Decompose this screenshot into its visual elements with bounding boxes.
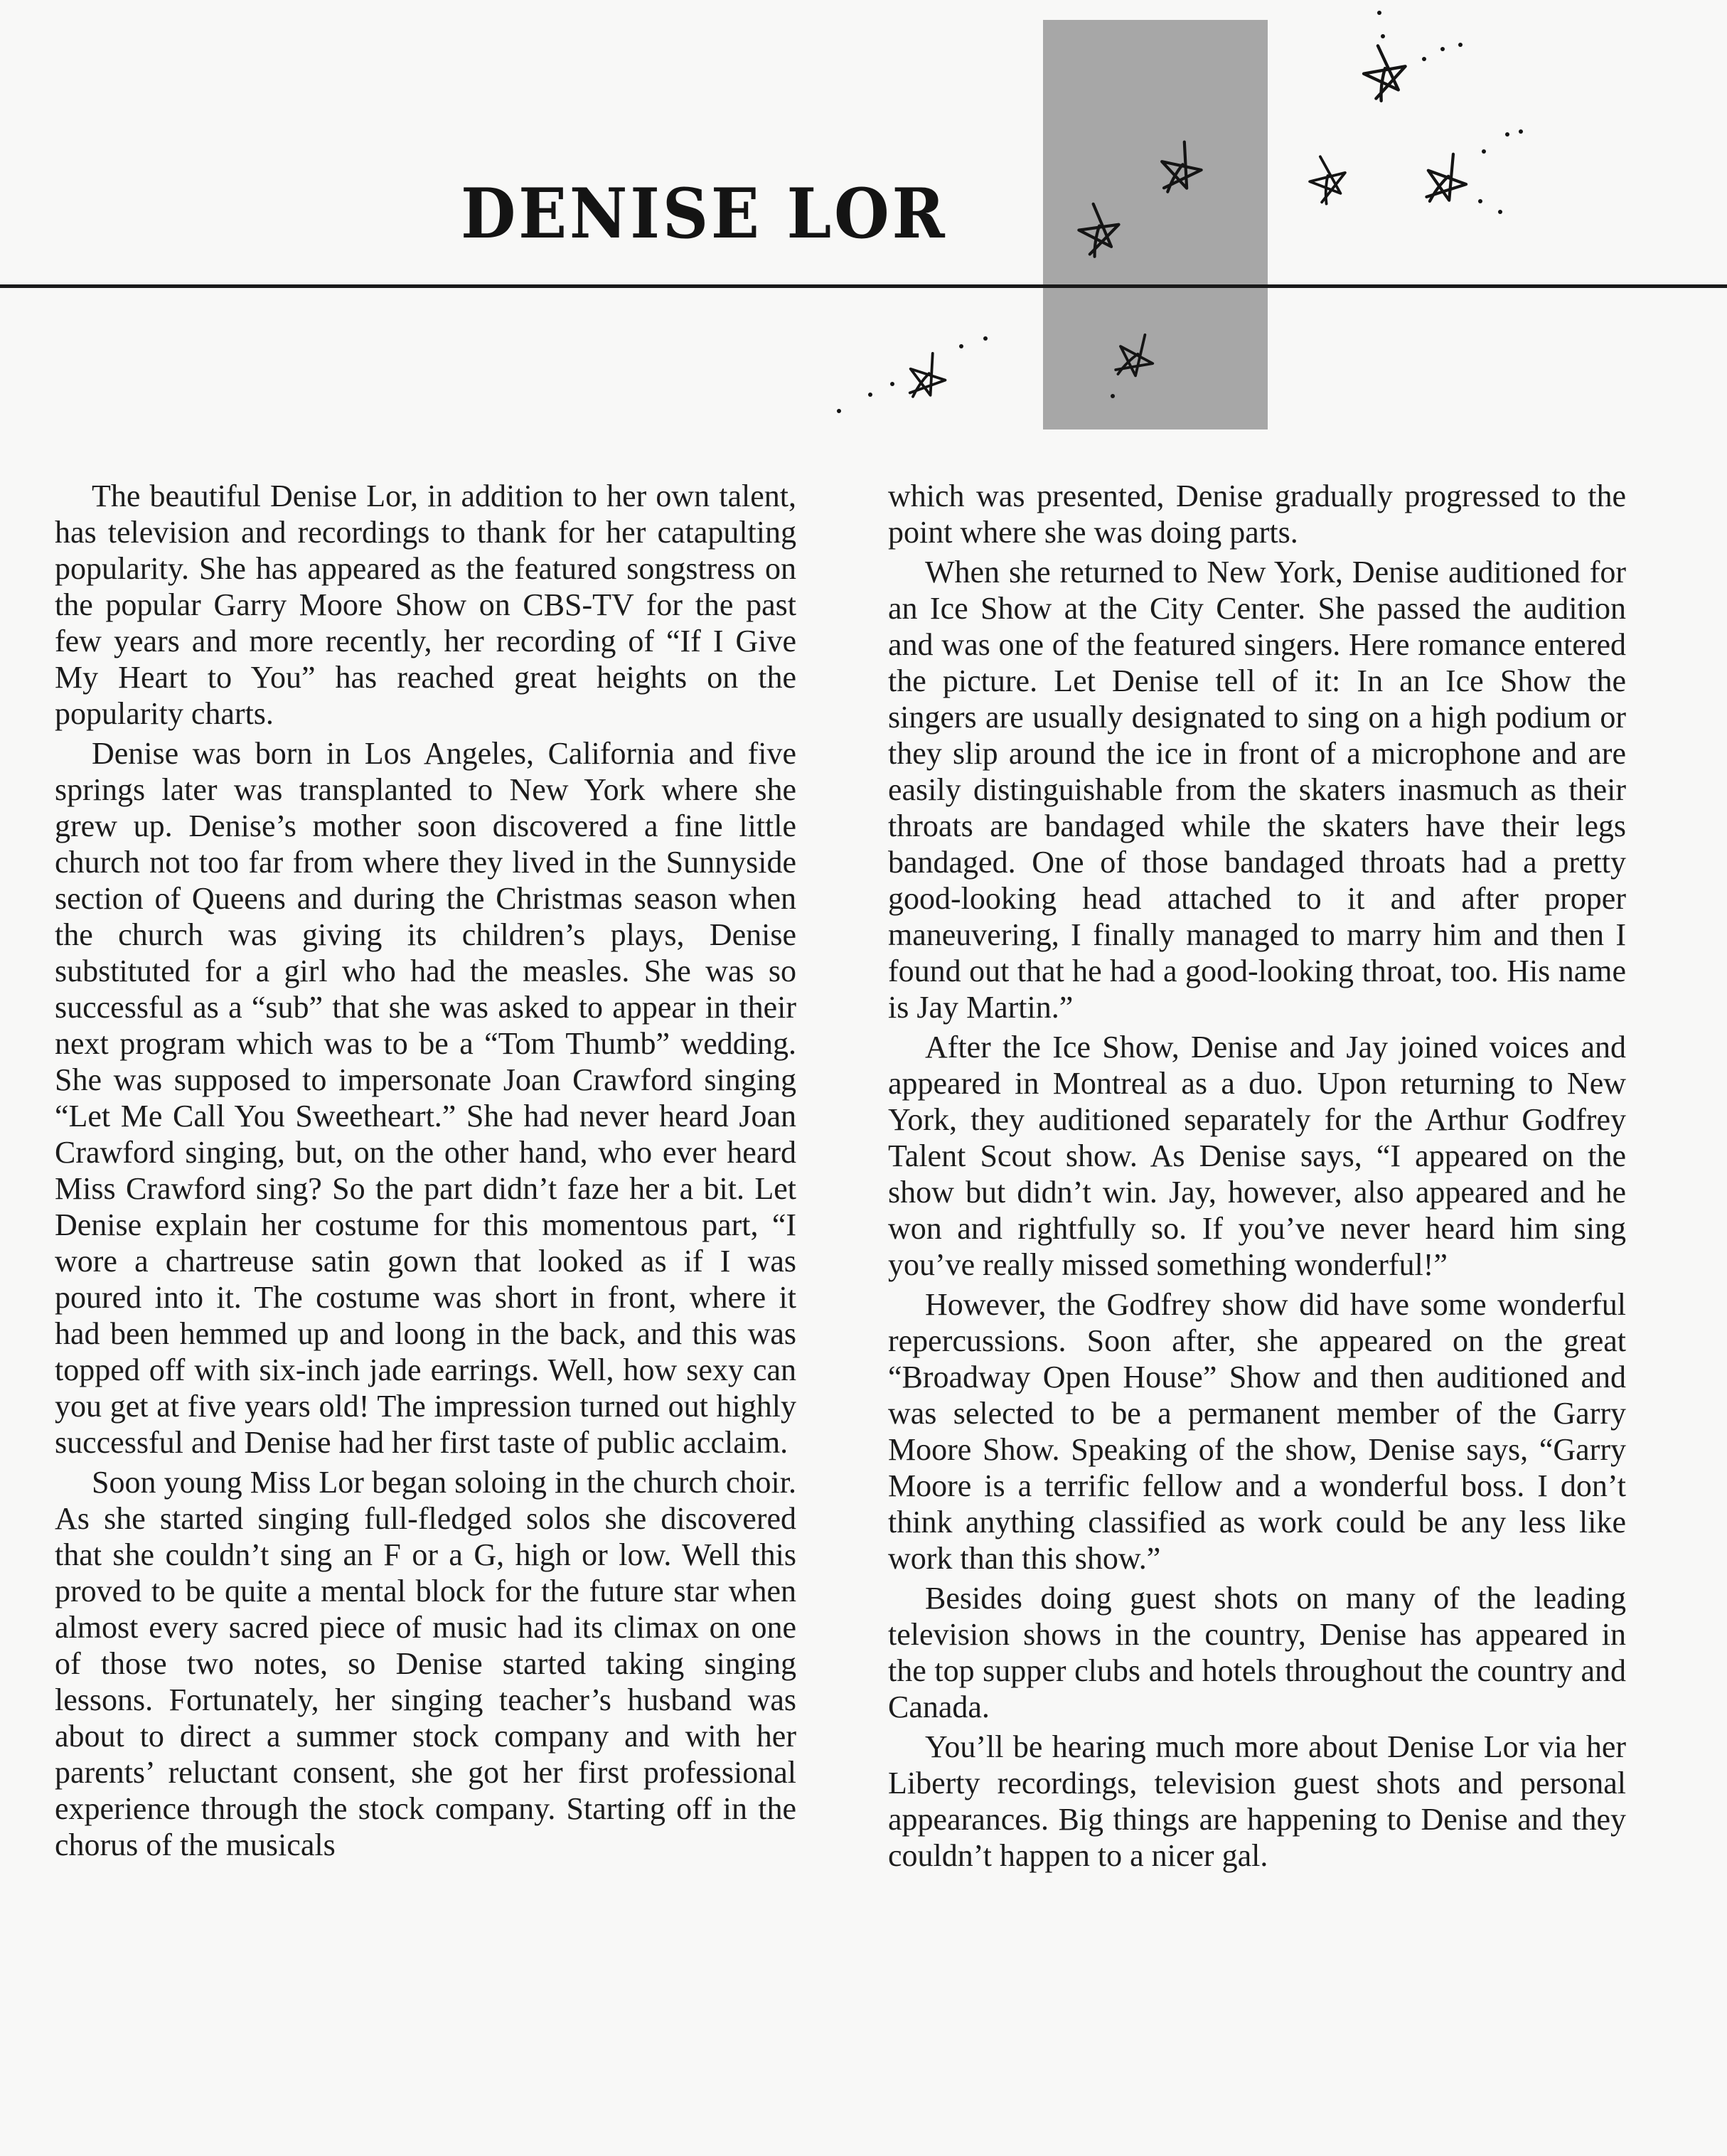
title-rule <box>0 284 1727 288</box>
star-doodle-icon <box>1359 42 1411 103</box>
page-title: DENISE LOR <box>461 175 947 253</box>
article-paragraph: When she returned to New York, Denise au… <box>888 554 1626 1025</box>
dotted-trail <box>1377 11 1523 214</box>
star-doodle-icon <box>903 348 952 405</box>
star-doodle-icon <box>1305 151 1352 206</box>
star-doodle-icon <box>1418 148 1474 210</box>
gray-accent-block <box>1043 20 1268 429</box>
article-paragraph: The beautiful Denise Lor, in addition to… <box>55 478 796 732</box>
article-paragraph-continued: which was presented, Denise gradually pr… <box>888 478 1626 550</box>
article-paragraph: You’ll be hearing much more about Denise… <box>888 1729 1626 1874</box>
dotted-trail <box>837 336 988 413</box>
article-paragraph: Soon young Miss Lor began soloing in the… <box>55 1464 796 1863</box>
article-column-left: The beautiful Denise Lor, in addition to… <box>55 478 796 1867</box>
article-column-right: which was presented, Denise gradually pr… <box>888 478 1626 1877</box>
article-paragraph: Besides doing guest shots on many of the… <box>888 1580 1626 1725</box>
magazine-page: DENISE LOR <box>0 0 1727 2156</box>
article-paragraph: After the Ice Show, Denise and Jay joine… <box>888 1029 1626 1283</box>
article-paragraph: However, the Godfrey show did have some … <box>888 1286 1626 1576</box>
article-paragraph: Denise was born in Los Angeles, Californ… <box>55 735 796 1461</box>
